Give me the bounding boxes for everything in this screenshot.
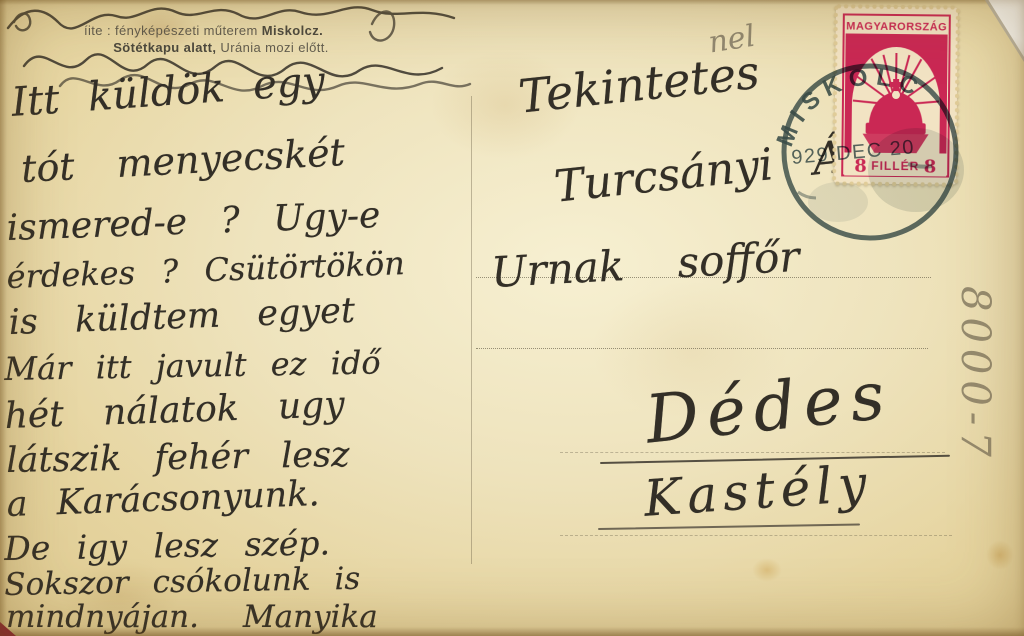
left-edge-shadow bbox=[0, 0, 7, 636]
postmark: MISKOLC 929 DEC 20 bbox=[768, 52, 978, 252]
address-rule-line bbox=[560, 535, 952, 536]
address-rule-line bbox=[560, 452, 945, 453]
postmark-smudge bbox=[808, 182, 868, 222]
top-edge-shadow bbox=[0, 0, 1024, 5]
address-divider-line bbox=[471, 96, 472, 564]
address-rule-line bbox=[476, 348, 928, 349]
postcard-back: íite : fényképészeti műterem Miskolcz. S… bbox=[0, 0, 1024, 636]
stamp-country-label: MAGYARORSZÁG bbox=[846, 19, 947, 33]
pencil-squiggle: nel bbox=[706, 19, 758, 61]
message-line: Sokszor csókolunk is bbox=[4, 561, 361, 603]
message-line: Már itt javult ez idő bbox=[4, 343, 381, 388]
bottom-edge-shadow bbox=[0, 627, 1024, 636]
pencil-inventory-number: 8000-7 bbox=[946, 286, 998, 548]
